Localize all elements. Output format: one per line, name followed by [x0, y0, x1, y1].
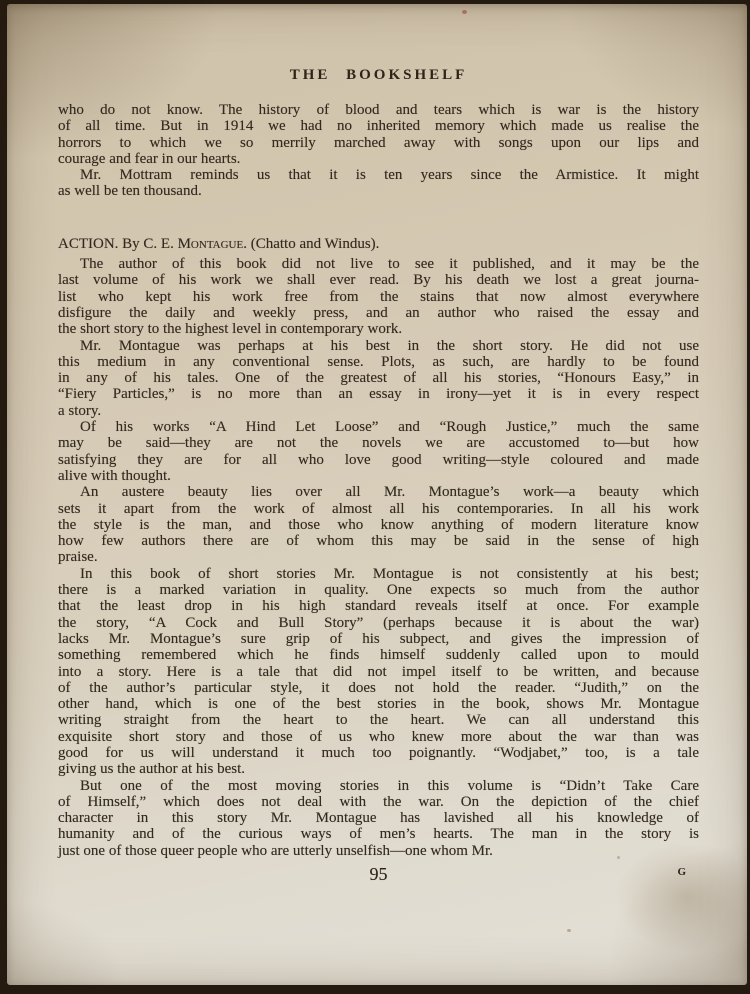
- paper-speck: [567, 929, 571, 932]
- text-line: An austere beauty lies over all Mr. Mont…: [58, 484, 699, 500]
- text-line: praise.: [58, 549, 699, 565]
- text-line: as well be ten thousand.: [58, 183, 699, 199]
- text-line: sets it apart from the work of almost al…: [58, 501, 699, 517]
- text-line: of all time. But in 1914 we had no inher…: [58, 118, 699, 134]
- text-line: disfigure the daily and weekly press, an…: [58, 305, 699, 321]
- text-line: other hand, which is one of the best sto…: [58, 696, 699, 712]
- text-line: into a story. Here is a tale that did no…: [58, 664, 699, 680]
- text-line: of the author’s particular style, it doe…: [58, 680, 699, 696]
- text-line: In this book of short stories Mr. Montag…: [58, 566, 699, 582]
- heading-text: . (Chatto and Windus).: [243, 236, 379, 252]
- text-line: courage and fear in our hearts.: [58, 151, 699, 167]
- text-line: humanity and of the curious ways of men’…: [58, 826, 699, 842]
- book-review-heading: ACTION. By C. E. Montague. (Chatto and W…: [58, 236, 699, 252]
- author-name-smallcaps: Montague: [178, 236, 244, 252]
- text-line: good for us will understand it much too …: [58, 745, 699, 761]
- text-line: character in this story Mr. Montague has…: [58, 810, 699, 826]
- text-line: there is a marked variation in quality. …: [58, 582, 699, 598]
- text-line: who do not know. The history of blood an…: [58, 102, 699, 118]
- text-line: Of his works “A Hind Let Loose” and “Rou…: [58, 419, 699, 435]
- heading-text: ACTION. By C. E.: [58, 236, 178, 252]
- text-line: satisfying they are for all who love goo…: [58, 452, 699, 468]
- text-line: something remembered which he finds hims…: [58, 647, 699, 663]
- text-line: alive with thought.: [58, 468, 699, 484]
- text-line: in any of his tales. One of the greatest…: [58, 370, 699, 386]
- text-line: Mr. Mottram reminds us that it is ten ye…: [58, 167, 699, 183]
- page-footer: 95 G: [58, 864, 699, 888]
- running-header: THE BOOKSHELF: [58, 67, 699, 84]
- paper-speck: [462, 10, 467, 14]
- text-line: that the least drop in his high standard…: [58, 598, 699, 614]
- text-line: the style is the man, and those who know…: [58, 517, 699, 533]
- signature-mark: G: [677, 866, 686, 878]
- text-line: the short story to the highest level in …: [58, 321, 699, 337]
- text-line: just one of those queer people who are u…: [58, 843, 699, 859]
- text-line: writing straight from the heart to the h…: [58, 712, 699, 728]
- text-block: who do not know. The history of blood an…: [58, 102, 699, 859]
- text-line: Mr. Montague was perhaps at his best in …: [58, 338, 699, 354]
- text-line: horrors to which we so merrily marched a…: [58, 135, 699, 151]
- text-line: exquisite short story and those of us wh…: [58, 729, 699, 745]
- text-line: this medium in any conventional sense. P…: [58, 354, 699, 370]
- text-line: The author of this book did not live to …: [58, 256, 699, 272]
- text-line: “Fiery Particles,” is no more than an es…: [58, 386, 699, 402]
- book-page-surface: THE BOOKSHELF who do not know. The histo…: [7, 4, 747, 985]
- text-line: the story, “A Cock and Bull Story” (perh…: [58, 615, 699, 631]
- text-line: But one of the most moving stories in th…: [58, 778, 699, 794]
- text-line: may be said—they are not the novels we a…: [58, 435, 699, 451]
- text-line: last volume of his work we shall ever re…: [58, 272, 699, 288]
- text-line: a story.: [58, 403, 699, 419]
- text-line: lacks Mr. Montague’s sure grip of his su…: [58, 631, 699, 647]
- section-gap: [58, 200, 699, 236]
- text-line: of Himself,” which does not deal with th…: [58, 794, 699, 810]
- page-number: 95: [58, 864, 699, 885]
- text-line: giving us the author at his best.: [58, 761, 699, 777]
- text-line: list who kept his work free from the sta…: [58, 289, 699, 305]
- text-line: how few authors there are of whom this m…: [58, 533, 699, 549]
